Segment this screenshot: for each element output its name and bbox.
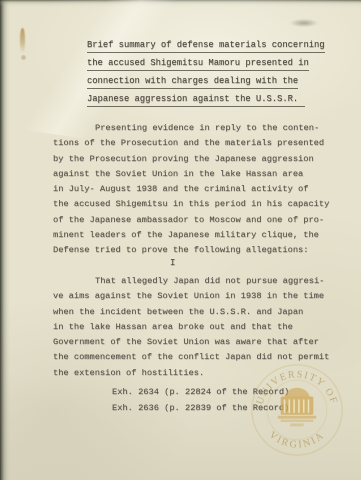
text-line: ve aims against the Soviet Union in 1938… — [53, 289, 329, 304]
text-line: Presenting evidence in reply to the cont… — [53, 121, 329, 136]
text-line: of the Japanese ambassador to Moscow and… — [53, 213, 329, 228]
text-line: against the Soviet Union in the lake Has… — [53, 167, 329, 182]
title-line-text: connection with charges dealing with the — [87, 75, 298, 89]
title-line: Japanese aggression against the U.S.S.R. — [87, 93, 325, 111]
title-line: the accused Shigemitsu Mamoru presented … — [87, 57, 325, 75]
title-line-text: Brief summary of defense materials conce… — [87, 39, 325, 53]
text-line: Defense tried to prove the following all… — [53, 243, 329, 258]
text-line: in July- August 1938 and the criminal ac… — [53, 182, 329, 197]
text-line: Government of the Soviet Union was aware… — [53, 335, 329, 350]
rotunda-building-icon — [278, 388, 316, 426]
title-line: Brief summary of defense materials conce… — [87, 39, 325, 57]
scanned-document-page: Brief summary of defense materials conce… — [0, 0, 361, 480]
text-line: That allegedly Japan did not pursue aggr… — [53, 274, 329, 289]
text-line: minent leaders of the Japanese military … — [53, 228, 329, 243]
title-line: connection with charges dealing with the — [87, 75, 325, 93]
paragraph-1: Presenting evidence in reply to the cont… — [53, 121, 329, 259]
text-line: by the Prosecution proving the Japanese … — [53, 152, 329, 167]
document-title: Brief summary of defense materials conce… — [87, 39, 325, 111]
section-numeral: I — [170, 258, 175, 268]
text-line: tions of the Prosecution and the materia… — [53, 136, 329, 151]
pencil-smudge — [290, 19, 318, 27]
text-line: in the lake Hassan area broke out and th… — [53, 320, 329, 335]
title-line-text: the accused Shigemitsu Mamoru presented … — [87, 57, 309, 71]
rust-stain — [20, 28, 25, 53]
text-line: when the incident between the U.S.S.R. a… — [53, 305, 329, 320]
text-line: the accused Shigemitsu in this period in… — [53, 197, 329, 212]
university-of-virginia-seal: UNIVERSITY OF VIRGINIA — [249, 362, 345, 458]
title-line-text: Japanese aggression against the U.S.S.R. — [87, 93, 305, 107]
seal-bottom-text: VIRGINIA — [267, 430, 328, 451]
rust-stain-dot — [21, 55, 26, 60]
